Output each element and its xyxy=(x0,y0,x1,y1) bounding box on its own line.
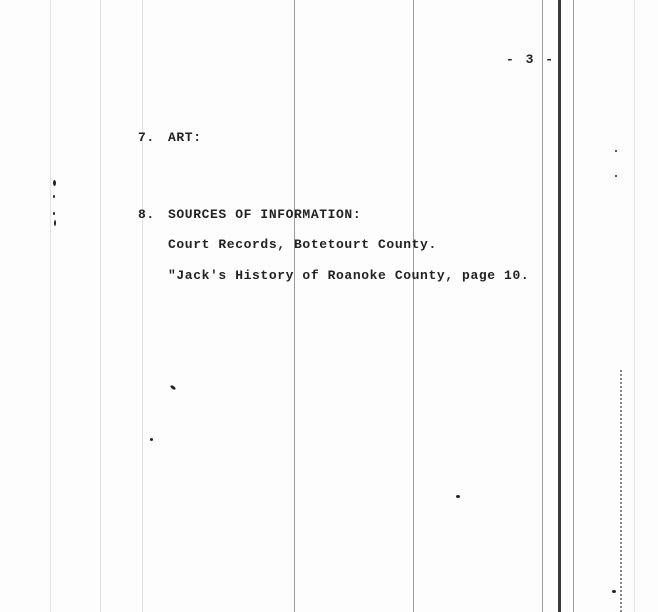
scan-line xyxy=(100,0,101,612)
scanned-document-page: - 3 - 7. ART: 8. SOURCES OF INFORMATION:… xyxy=(0,0,658,612)
scan-line xyxy=(620,370,622,612)
section-7-number: 7. xyxy=(138,130,155,145)
source-entry: "Jack's History of Roanoke County, page … xyxy=(168,268,529,283)
section-7-heading: ART: xyxy=(168,130,202,145)
scan-line xyxy=(50,0,51,612)
scan-speck xyxy=(615,150,617,152)
scan-speck xyxy=(53,212,55,215)
scan-speck xyxy=(150,438,153,441)
scan-speck xyxy=(612,590,616,593)
section-8-heading: SOURCES OF INFORMATION: xyxy=(168,207,361,222)
scan-line xyxy=(294,0,295,612)
scan-speck xyxy=(170,385,177,391)
scan-line xyxy=(634,0,635,612)
scan-speck xyxy=(54,220,56,226)
scan-speck xyxy=(53,195,55,198)
page-number: - 3 - xyxy=(506,52,555,67)
scan-line xyxy=(558,0,561,612)
scan-line xyxy=(142,0,143,612)
scan-line xyxy=(542,0,543,612)
scan-line xyxy=(413,0,414,612)
scan-speck xyxy=(53,180,56,186)
scan-speck xyxy=(615,175,617,177)
source-entry: Court Records, Botetourt County. xyxy=(168,237,437,252)
section-8-number: 8. xyxy=(138,207,155,222)
scan-speck xyxy=(456,495,460,498)
scan-line xyxy=(573,0,574,612)
